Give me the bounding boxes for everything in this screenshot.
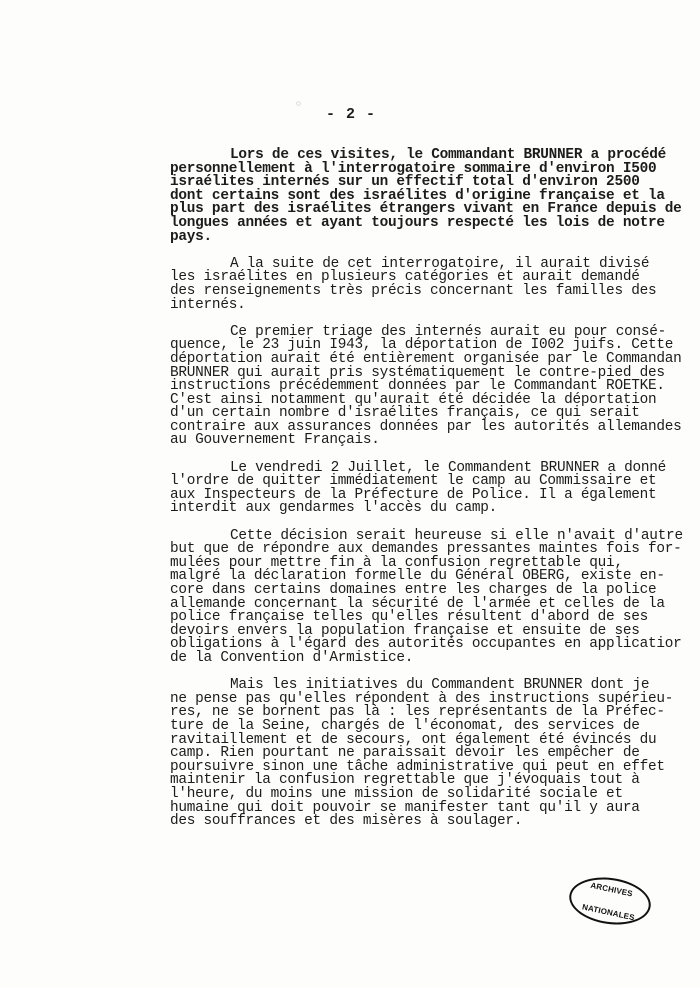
paragraph: Mais les initiatives du Commandent BRUNN… <box>170 679 700 829</box>
stamp-top-text: ARCHIVES <box>573 877 651 902</box>
stamp-bottom-text: NATIONALES <box>569 900 647 925</box>
document-body: Lors de ces visites, le Commandant BRUNN… <box>170 149 700 842</box>
paragraph: Le vendredi 2 Juillet, le Commandent BRU… <box>170 462 700 516</box>
archives-nationales-stamp: ARCHIVES NATIONALES <box>566 873 654 930</box>
paragraph: Lors de ces visites, le Commandant BRUNN… <box>170 149 700 244</box>
paragraph: Ce premier triage des internés aurait eu… <box>170 326 700 448</box>
text-line: des souffrances et des misères à soulage… <box>170 815 700 829</box>
paragraph: Cette décision serait heureuse si elle n… <box>170 530 700 666</box>
text-line: internés. <box>170 299 700 313</box>
text-line: au Gouvernement Français. <box>170 434 700 448</box>
text-line: interdit aux gendarmes l'accès du camp. <box>170 502 700 516</box>
page-number: - 2 - <box>326 106 376 123</box>
text-line: de la Convention d'Armistice. <box>170 652 700 666</box>
text-line: pays. <box>170 231 700 245</box>
text-line: des renseignements très précis concernan… <box>170 285 700 299</box>
paragraph: A la suite de cet interrogatoire, il aur… <box>170 258 700 312</box>
text-line: longues années et ayant toujours respect… <box>170 217 700 231</box>
handwritten-mark: ◌ <box>296 100 301 109</box>
document-page: ◌ - 2 - Lors de ces visites, le Commanda… <box>0 0 700 988</box>
